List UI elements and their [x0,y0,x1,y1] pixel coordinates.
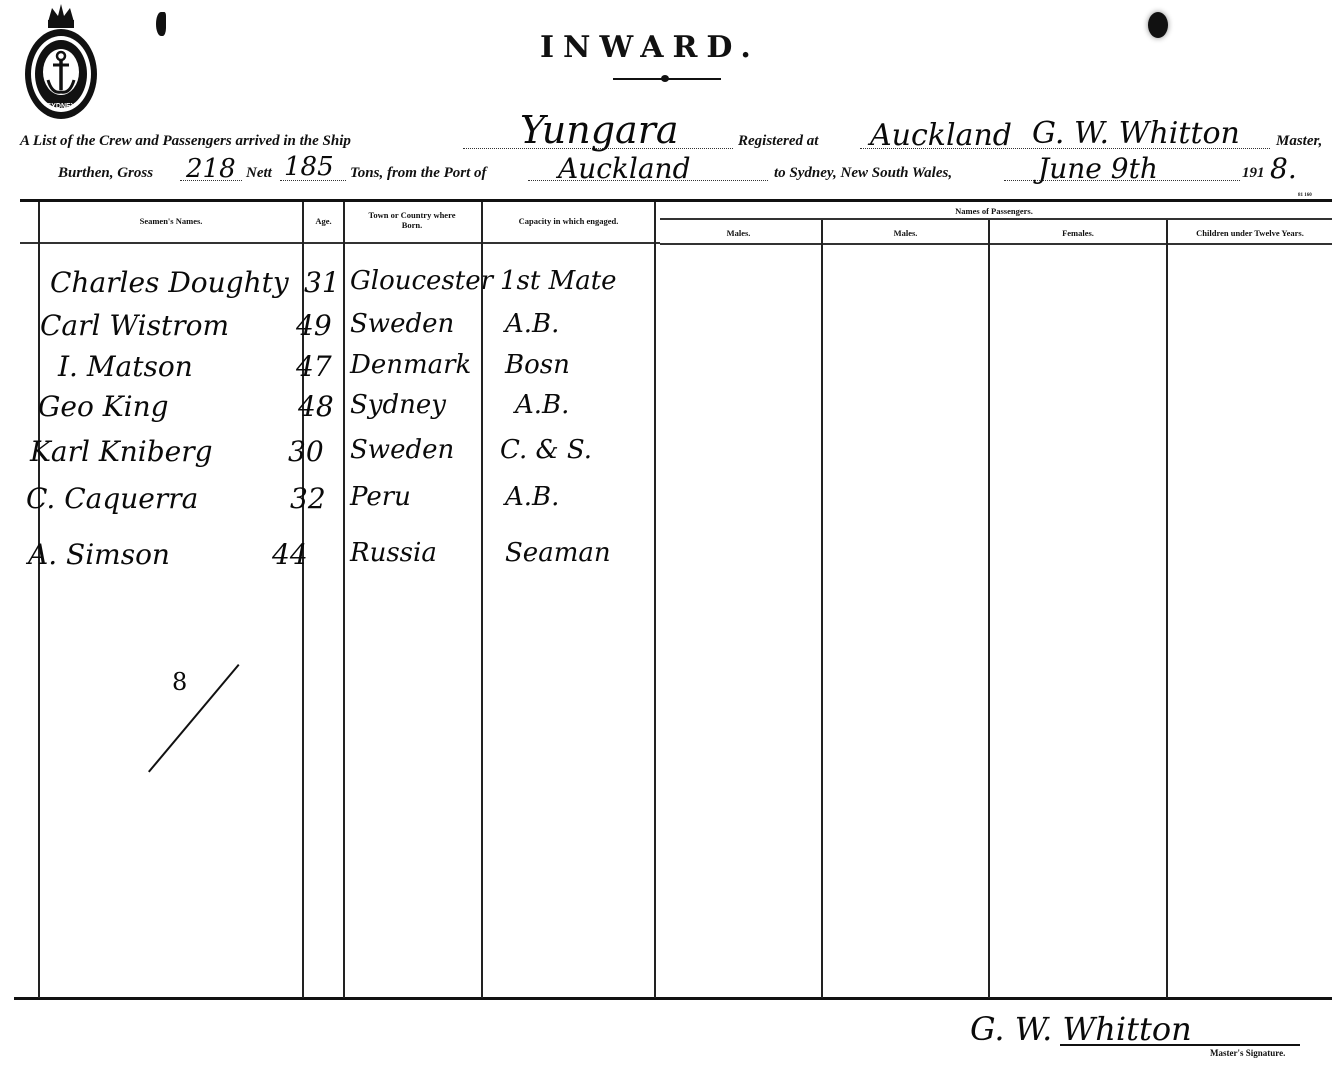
table-row: Carl Wistrom 49 Sweden A.B. [0,309,660,349]
col-divider-5 [821,220,823,998]
nett-label: Nett [246,165,272,182]
gross-tons: 218 [186,154,236,184]
table-row: C. Caquerra 32 Peru A.B. [0,482,660,522]
seaman-capacity: 1st Mate [500,266,617,296]
seaman-age: 30 [288,435,324,468]
seaman-capacity: A.B. [505,482,559,512]
burthen-label: Burthen, Gross [58,165,153,182]
crew-count-tally: 8 [172,668,187,696]
table-row: Karl Kniberg 30 Sweden C. & S. [0,435,660,475]
table-row: Geo King 48 Sydney A.B. [0,390,660,430]
year-prefix: 191 [1242,165,1265,182]
arrival-date: June 9th [1038,152,1158,185]
header-bottom-rule-right [660,243,1332,245]
crown-anchor-seal-icon: SYDNEY [22,2,100,120]
seaman-capacity: A.B. [505,309,559,339]
header-bottom-rule-left [20,242,660,244]
table-row: A. Simson 44 Russia Seaman [0,538,660,578]
seaman-birthplace: Peru [350,482,411,512]
signature-line [1060,1044,1300,1046]
shipping-master-seal: SYDNEY [22,2,100,120]
col-divider-6 [988,220,990,998]
master-name: G. W. Whitton [1032,116,1240,151]
seaman-birthplace: Sydney [350,390,446,420]
registered-at: Auckland [870,118,1012,153]
seaman-age: 48 [298,390,334,423]
seaman-age: 47 [296,350,332,383]
ship-name: Yungara [520,108,679,152]
svg-text:SYDNEY: SYDNEY [47,103,76,110]
from-port: Auckland [558,152,691,185]
list-description: A List of the Crew and Passengers arrive… [20,133,351,150]
header-capacity: Capacity in which engaged. [483,216,654,226]
header-names-of-passengers: Names of Passengers. [656,206,1332,216]
to-sydney-label: to Sydney, New South Wales, [774,165,952,182]
seaman-name: Geo King [38,390,169,423]
tally-slash [148,664,240,773]
seaman-capacity: A.B. [515,390,569,420]
seaman-name: A. Simson [28,538,170,571]
punch-hole [1148,12,1168,38]
header-males-2: Males. [823,228,988,238]
seaman-birthplace: Gloucester [350,266,493,296]
seaman-name: Karl Kniberg [30,435,213,468]
seaman-capacity: C. & S. [500,435,592,465]
seaman-birthplace: Sweden [350,309,454,339]
header-line-2: Burthen, Gross 218 Nett 185 Tons, from t… [58,162,1318,188]
seaman-birthplace: Russia [350,538,437,568]
header-seamens-names: Seamen's Names. [40,216,302,226]
table-top-rule [20,199,1332,202]
seaman-name: I. Matson [58,350,193,383]
seaman-capacity: Seaman [505,538,611,568]
seaman-name: C. Caquerra [26,482,198,515]
seaman-age: 32 [290,482,326,515]
seaman-age: 49 [296,309,332,342]
header-males-1: Males. [656,228,821,238]
form-code: 81 160 [1298,193,1312,198]
title-ornament-dot [661,75,669,82]
page-title: INWARD. [540,30,760,65]
seaman-name: Charles Doughty [50,266,289,299]
table-bottom-rule [14,997,1332,1000]
year-suffix: 8. [1270,152,1297,185]
signature-label: Master's Signature. [1210,1048,1285,1058]
table-row: Charles Doughty 31 Gloucester 1st Mate [0,266,660,306]
seaman-age: 31 [304,266,340,299]
col-divider-7 [1166,220,1168,998]
nett-tons: 185 [284,152,334,182]
seaman-birthplace: Sweden [350,435,454,465]
header-age: Age. [304,216,343,226]
seaman-name: Carl Wistrom [40,309,229,342]
seaman-capacity: Bosn [505,350,570,380]
seaman-age: 44 [272,538,308,571]
master-signature: G. W. Whitton [970,1010,1192,1048]
passengers-subheader-rule [660,218,1332,220]
ink-blot [156,12,166,36]
seaman-birthplace: Denmark [350,350,471,380]
header-children: Children under Twelve Years. [1168,228,1332,238]
header-born: Town or Country where Born. [360,210,464,230]
registered-label: Registered at [738,133,818,150]
tons-from-label: Tons, from the Port of [350,165,487,182]
master-label: Master, [1276,133,1322,150]
table-row: I. Matson 47 Denmark Bosn [0,350,660,390]
header-females: Females. [990,228,1166,238]
